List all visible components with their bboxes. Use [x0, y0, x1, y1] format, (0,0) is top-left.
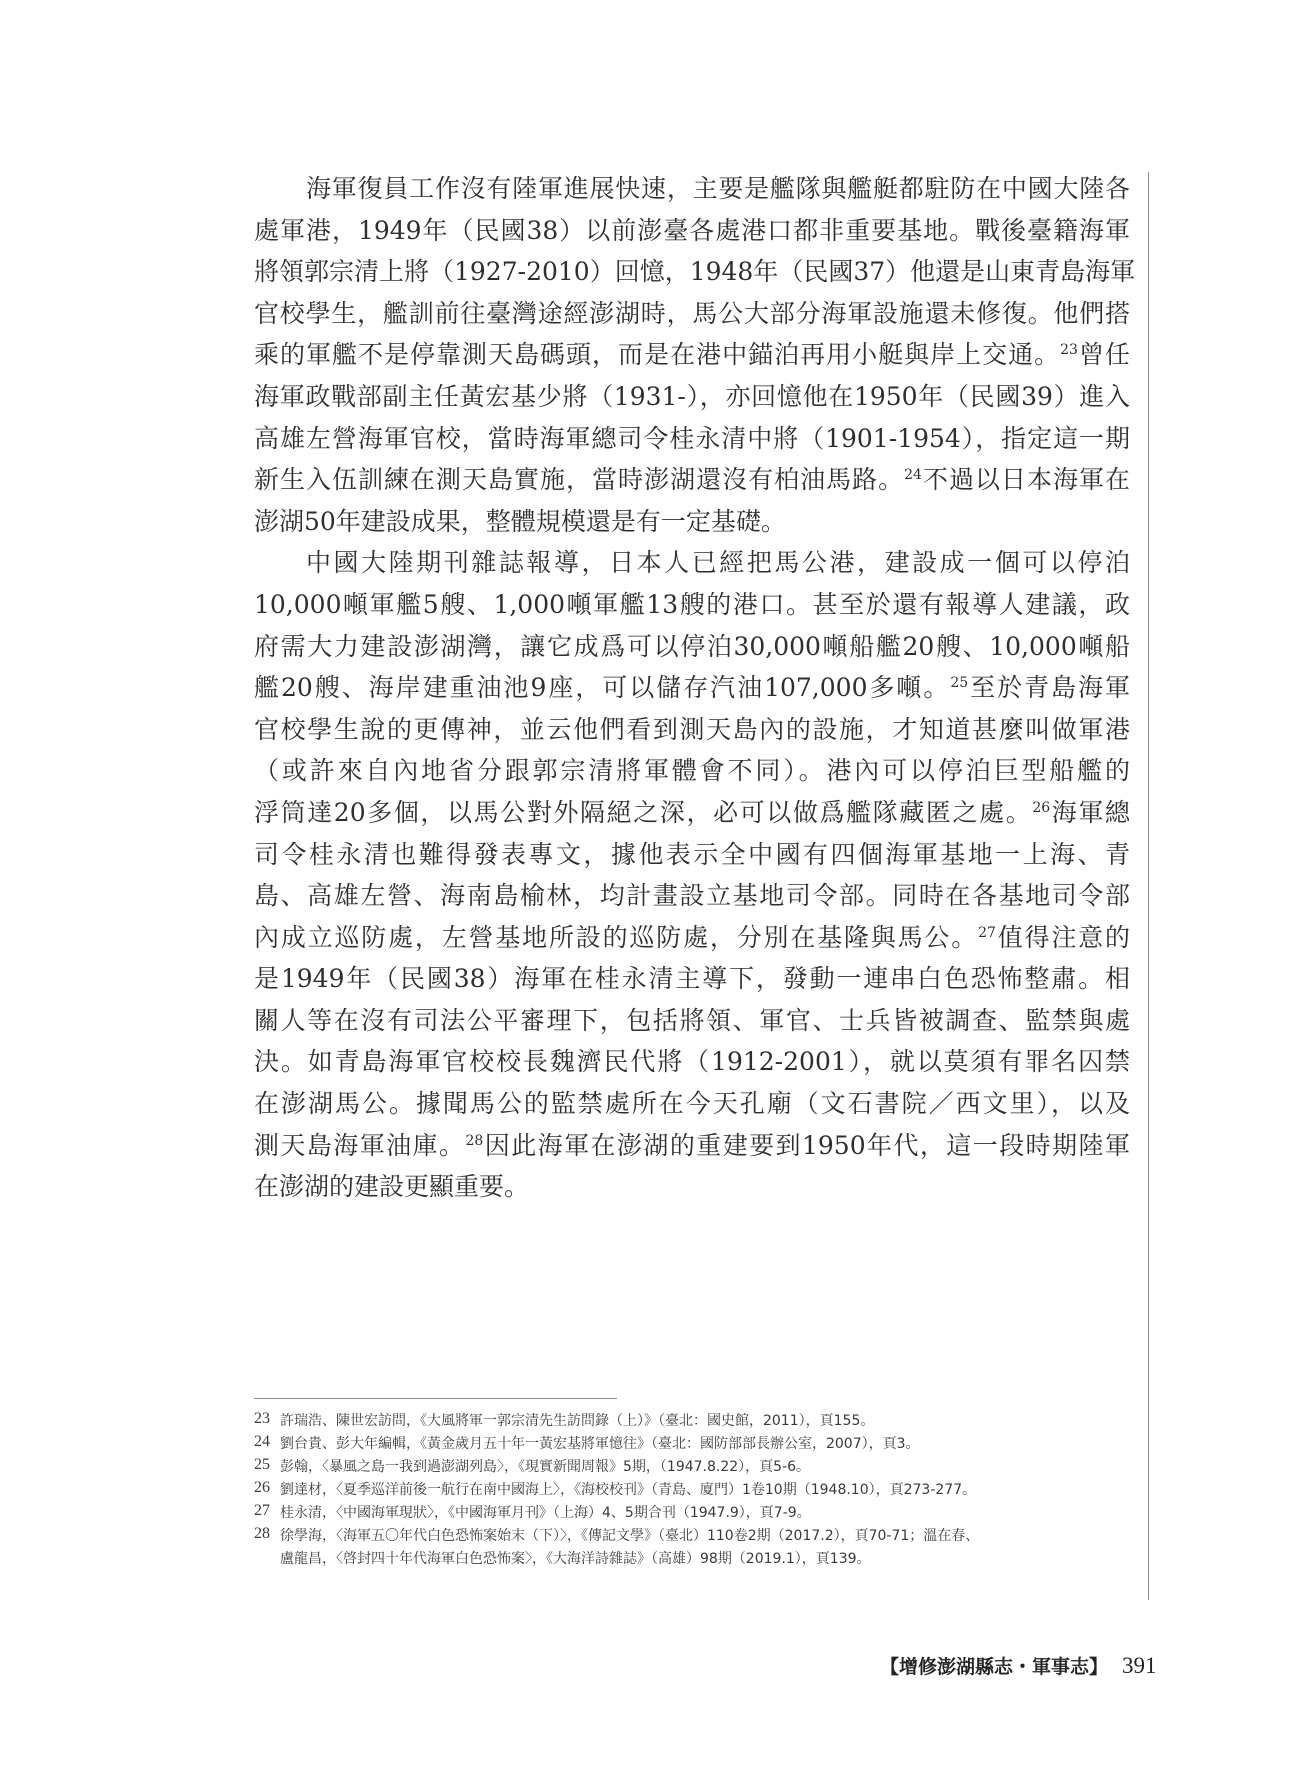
- document-page: 海軍復員工作沒有陸軍進展快速，主要是艦隊與艦艇都駐防在中國大陸各處軍港，1949…: [0, 0, 1300, 1778]
- text-line: 關人等在沒有司法公平審理下，包括將領、軍官、士兵皆被調查、監禁與處: [254, 1000, 1130, 1042]
- footnotes: 23許瑞浩、陳世宏訪問，《大風將軍一郭宗清先生訪問錄（上）》（臺北：國史館，20…: [254, 1410, 1134, 1571]
- footnote-number: 27: [254, 1499, 280, 1522]
- text-line: 10,000噸軍艦5艘、1,000噸軍艦13艘的港口。甚至於還有報導人建議，政: [254, 584, 1130, 626]
- footnote-item: 24劉台貴、彭大年編輯，《黃金歲月五十年一黃宏基將軍憶往》（臺北：國防部部長辦公…: [254, 1433, 1134, 1456]
- text-segment: 因此海軍在澎湖的重建要到1950年代，這一段時期陸軍: [483, 1131, 1130, 1160]
- text-line: 在澎湖的建設更顯重要。: [254, 1166, 1130, 1208]
- text-line: 浮筒達20多個，以馬公對外隔絕之深，必可以做爲艦隊藏匿之處。26海軍總: [254, 792, 1130, 834]
- footnote-text: 許瑞浩、陳世宏訪問，《大風將軍一郭宗清先生訪問錄（上）》（臺北：國史館，2011…: [280, 1410, 1134, 1433]
- text-line: （或許來自內地省分跟郭宗清將軍體會不同）。港內可以停泊巨型船艦的: [254, 750, 1130, 792]
- text-line: 處軍港，1949年（民國38）以前澎臺各處港口都非重要基地。戰後臺籍海軍: [254, 210, 1130, 252]
- text-line: 艦20艘、海岸建重油池9座，可以儲存汽油107,000多噸。25至於青島海軍: [254, 667, 1130, 709]
- footnote-item: 28徐學海，〈海軍五〇年代白色恐怖案始末（下）〉，《傳記文學》（臺北）110卷2…: [254, 1525, 1134, 1548]
- footnote-separator: [254, 1398, 617, 1399]
- footnote-item: 23許瑞浩、陳世宏訪問，《大風將軍一郭宗清先生訪問錄（上）》（臺北：國史館，20…: [254, 1410, 1134, 1433]
- text-line: 新生入伍訓練在測天島實施，當時澎湖還沒有柏油馬路。24不過以日本海軍在: [254, 459, 1130, 501]
- footnote-ref[interactable]: 25: [950, 675, 968, 691]
- text-line: 是1949年（民國38）海軍在桂永清主導下，發動一連串白色恐怖整肅。相: [254, 958, 1130, 1000]
- footnote-ref[interactable]: 27: [978, 925, 996, 941]
- text-segment: 新生入伍訓練在測天島實施，當時澎湖還沒有柏油馬路。: [254, 465, 904, 494]
- footnote-item: 26劉達材，〈夏季巡洋前後一航行在南中國海上〉，《海校校刊》（青島、廈門）1卷1…: [254, 1479, 1134, 1502]
- text-segment: 艦20艘、海岸建重油池9座，可以儲存汽油107,000多噸。: [254, 673, 950, 702]
- footnote-text: 桂永清，〈中國海軍現狀〉，《中國海軍月刊》（上海）4、5期合刊（1947.9），…: [280, 1502, 1134, 1525]
- footnote-ref[interactable]: 28: [466, 1133, 484, 1149]
- text-line: 海軍政戰部副主任黃宏基少將（1931-），亦回憶他在1950年（民國39）進入: [254, 376, 1130, 418]
- text-segment: 乘的軍艦不是停靠測天島碼頭，而是在港中錨泊再用小艇與岸上交通。: [254, 340, 1060, 369]
- text-segment: 浮筒達20多個，以馬公對外隔絕之深，必可以做爲艦隊藏匿之處。: [254, 798, 1032, 827]
- text-line: 島、高雄左營、海南島榆林，均計畫設立基地司令部。同時在各基地司令部: [254, 875, 1130, 917]
- page-number: 391: [1122, 1653, 1157, 1678]
- footnote-text: 劉台貴、彭大年編輯，《黃金歲月五十年一黃宏基將軍憶往》（臺北：國防部部長辦公室，…: [280, 1433, 1134, 1456]
- footnote-number: 24: [254, 1430, 280, 1453]
- footnote-number: 28: [254, 1522, 280, 1545]
- text-line: 測天島海軍油庫。28因此海軍在澎湖的重建要到1950年代，這一段時期陸軍: [254, 1125, 1130, 1167]
- text-segment: 不過以日本海軍在: [922, 465, 1130, 494]
- text-line: 將領郭宗清上將（1927-2010）回憶，1948年（民國37）他還是山東青島海…: [254, 251, 1130, 293]
- text-line: 府需大力建設澎湖灣，讓它成爲可以停泊30,000噸船艦20艘、10,000噸船: [254, 626, 1130, 668]
- text-line: 司令桂永清也難得發表專文，據他表示全中國有四個海軍基地一上海、青: [254, 834, 1130, 876]
- text-line: 決。如青島海軍官校校長魏濟民代將（1912-2001），就以莫須有罪名囚禁: [254, 1041, 1130, 1083]
- footnote-item: 27桂永清，〈中國海軍現狀〉，《中國海軍月刊》（上海）4、5期合刊（1947.9…: [254, 1502, 1134, 1525]
- text-line: 內成立巡防處，左營基地所設的巡防處，分別在基隆與馬公。27值得注意的: [254, 917, 1130, 959]
- text-line: 澎湖50年建設成果，整體規模還是有一定基礎。: [254, 501, 1130, 543]
- footnote-text: 彭翰，〈暴風之島一我到過澎湖列島〉，《現實新聞周報》5期，（1947.8.22）…: [280, 1456, 1134, 1479]
- text-line: 海軍復員工作沒有陸軍進展快速，主要是艦隊與艦艇都駐防在中國大陸各: [254, 168, 1130, 210]
- footnote-text: 劉達材，〈夏季巡洋前後一航行在南中國海上〉，《海校校刊》（青島、廈門）1卷10期…: [280, 1479, 1134, 1502]
- footnote-number: 25: [254, 1453, 280, 1476]
- text-line: 高雄左營海軍官校，當時海軍總司令桂永清中將（1901-1954），指定這一期: [254, 418, 1130, 460]
- footnote-item: 25彭翰，〈暴風之島一我到過澎湖列島〉，《現實新聞周報》5期，（1947.8.2…: [254, 1456, 1134, 1479]
- text-segment: 測天島海軍油庫。: [254, 1131, 466, 1160]
- text-line: 官校學生說的更傳神，並云他們看到測天島內的設施，才知道甚麼叫做軍港: [254, 709, 1130, 751]
- footnote-number: 23: [254, 1407, 280, 1430]
- running-title: 【增修澎湖縣志・軍事志】: [880, 1656, 1108, 1678]
- text-segment: 內成立巡防處，左營基地所設的巡防處，分別在基隆與馬公。: [254, 923, 978, 952]
- footnote-text: 徐學海，〈海軍五〇年代白色恐怖案始末（下）〉，《傳記文學》（臺北）110卷2期（…: [280, 1525, 1134, 1548]
- footnote-text-continued: 盧龍昌，〈啓封四十年代海軍白色恐怖案〉，《大海洋詩雜誌》（高雄）98期（2019…: [254, 1548, 1134, 1571]
- footnote-ref[interactable]: 23: [1060, 342, 1078, 358]
- body-text: 海軍復員工作沒有陸軍進展快速，主要是艦隊與艦艇都駐防在中國大陸各處軍港，1949…: [254, 168, 1130, 1208]
- text-line: 官校學生，艦訓前往臺灣途經澎湖時，馬公大部分海軍設施還未修復。他們搭: [254, 293, 1130, 335]
- footnote-ref[interactable]: 26: [1032, 800, 1050, 816]
- text-segment: 值得注意的: [996, 923, 1130, 952]
- text-line: 中國大陸期刊雜誌報導，日本人已經把馬公港，建設成一個可以停泊: [254, 542, 1130, 584]
- margin-rule: [1148, 172, 1149, 1600]
- text-segment: 海軍總: [1050, 798, 1130, 827]
- text-line: 在澎湖馬公。據聞馬公的監禁處所在今天孔廟（文石書院／西文里），以及: [254, 1083, 1130, 1125]
- text-segment: 曾任: [1078, 340, 1130, 369]
- footnote-number: 26: [254, 1476, 280, 1499]
- footnote-ref[interactable]: 24: [904, 467, 922, 483]
- page-footer: 【增修澎湖縣志・軍事志】391: [880, 1652, 1152, 1679]
- text-line: 乘的軍艦不是停靠測天島碼頭，而是在港中錨泊再用小艇與岸上交通。23曾任: [254, 334, 1130, 376]
- text-segment: 至於青島海軍: [968, 673, 1130, 702]
